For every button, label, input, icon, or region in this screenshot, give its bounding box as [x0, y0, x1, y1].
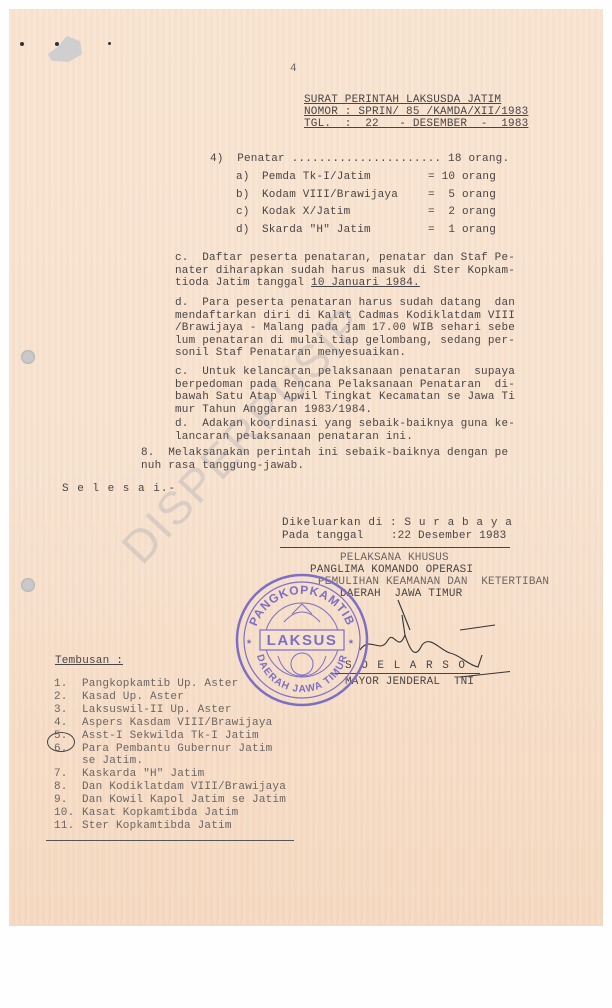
issued-divider	[280, 547, 510, 548]
list-item-count: = 10 orang	[428, 171, 496, 184]
tembusan-divider	[46, 840, 294, 841]
tembusan-item: Kasad Up. Aster	[82, 691, 184, 704]
tembusan-item-number: 10.	[54, 807, 74, 820]
paragraph-line: tioda Jatim tanggal 10 Januari 1984.	[175, 277, 420, 290]
page-number: 4	[290, 63, 297, 76]
list-item-count: = 5 orang	[428, 189, 496, 202]
tembusan-item: Dan Kowil Kapol Jatim se Jatim	[82, 794, 286, 807]
paragraph-line: berpedoman pada Rencana Pelaksanaan Pena…	[175, 379, 515, 392]
header-number: NOMOR : SPRIN/ 85 /KAMDA/XII/1983	[304, 106, 528, 119]
tembusan-item-number: 9.	[54, 794, 68, 807]
paragraph-line: bawah Satu Atap Apwil Tingkat Kecamatan …	[175, 391, 515, 404]
list-item-name: Kodam VIII/Brawijaya	[262, 189, 398, 202]
scan-speck	[108, 42, 111, 45]
tembusan-item-number: 3.	[54, 704, 68, 717]
tembusan-item-number: 4.	[54, 717, 68, 730]
tembusan-item: Asst-I Sekwilda Tk-I Jatim	[82, 730, 259, 743]
tembusan-item: Para Pembantu Gubernur Jatim	[82, 743, 272, 756]
stamp-center-text: LAKSUS	[267, 632, 338, 649]
tembusan-title: Tembusan :	[55, 655, 123, 668]
stamp-top-text: PANGKOPKAMTIB	[246, 583, 358, 628]
list-item-name: Skarda "H" Jatim	[262, 224, 371, 237]
tembusan-item: Kaskarda "H" Jatim	[82, 768, 204, 781]
paragraph-line: c. Untuk kelancaran pelaksanaan penatara…	[175, 366, 515, 379]
tembusan-item: Dan Kodiklatdam VIII/Brawijaya	[82, 781, 286, 794]
list-item-name: Pemda Tk-I/Jatim	[262, 171, 371, 184]
deadline-date: 10 Januari 1984.	[311, 277, 420, 289]
svg-text:PANGKOPKAMTIB: PANGKOPKAMTIB	[246, 583, 358, 628]
punch-hole	[21, 350, 35, 364]
paragraph-line: c. Daftar peserta penataran, penatar dan…	[175, 252, 515, 265]
tembusan-item: Kasat Kopkamtibda Jatim	[82, 807, 238, 820]
list-item-marker: d)	[236, 224, 250, 237]
signatory-line-1: PELAKSANA KHUSUS	[340, 552, 449, 565]
signature	[350, 595, 510, 695]
tembusan-item-number: 8.	[54, 781, 68, 794]
tembusan-item: Aspers Kasdam VIII/Brawijaya	[82, 717, 272, 730]
list-item-name: Kodak X/Jatim	[262, 206, 350, 219]
tembusan-item-number: 1.	[54, 678, 68, 691]
issued-place: Dikeluarkan di : S u r a b a y a	[282, 517, 512, 530]
stamp-bottom-text: DAERAH JAWA TIMUR	[254, 653, 350, 695]
svg-text:DAERAH JAWA TIMUR: DAERAH JAWA TIMUR	[254, 653, 350, 695]
list-item-marker: a)	[236, 171, 250, 184]
section-4-title: 4) Penatar ...................... 18 ora…	[210, 153, 509, 166]
list-item-count: = 2 orang	[428, 206, 496, 219]
punch-hole	[21, 578, 35, 592]
list-item-marker: b)	[236, 189, 250, 202]
tembusan-item-number: 11.	[54, 820, 74, 833]
official-stamp: PANGKOPKAMTIB DAERAH JAWA TIMUR LAKSUS ★…	[234, 572, 370, 708]
scan-speck	[20, 42, 24, 46]
star-icon: ★	[246, 637, 252, 648]
scan-speck	[55, 42, 59, 46]
header-title: SURAT PERINTAH LAKSUSDA JATIM	[304, 94, 501, 107]
tembusan-item: Laksuswil-II Up. Aster	[82, 704, 232, 717]
header-date: TGL. : 22 - DESEMBER - 1983	[304, 118, 528, 131]
list-item-marker: c)	[236, 206, 250, 219]
star-icon: ★	[348, 637, 354, 648]
tembusan-item-number: 7.	[54, 768, 68, 781]
issued-date: Pada tanggal :22 Desember 1983	[282, 530, 506, 543]
handwritten-circle	[47, 732, 75, 752]
tembusan-item-number: 2.	[54, 691, 68, 704]
tembusan-item: Pangkopkamtib Up. Aster	[82, 678, 238, 691]
paragraph-line: nater diharapkan sudah harus masuk di St…	[175, 265, 515, 278]
list-item-count: = 1 orang	[428, 224, 496, 237]
tembusan-item: Ster Kopkamtibda Jatim	[82, 820, 232, 833]
tembusan-item: se Jatim.	[82, 755, 143, 768]
